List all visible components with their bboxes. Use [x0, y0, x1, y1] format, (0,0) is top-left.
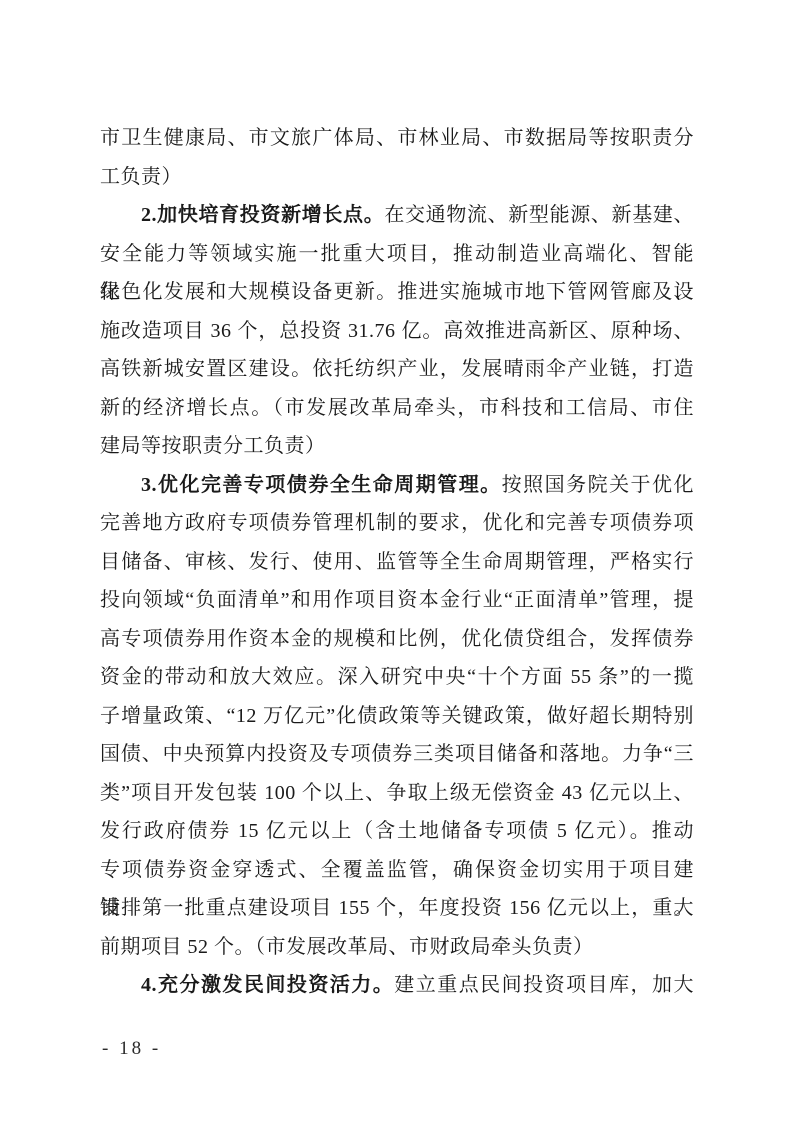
body-text-run: 子增量政策、“12 万亿元”化债政策等关键政策，做好超长期特别: [100, 705, 694, 727]
text-line: 资金的带动和放大效应。深入研究中央“十个方面 55 条”的一揽: [100, 658, 694, 697]
body-text-run: 完善地方政府专项债券管理机制的要求，优化和完善专项债券项: [100, 512, 694, 534]
body-text-run: 工负责）: [100, 166, 182, 188]
text-line: 工负责）: [100, 158, 694, 197]
text-line: 新的经济增长点。（市发展改革局牵头，市科技和工信局、市住: [100, 389, 694, 428]
text-line: 目储备、审核、发行、使用、监管等全生命周期管理，严格实行: [100, 543, 694, 582]
text-line: 高铁新城安置区建设。依托纺织产业，发展晴雨伞产业链，打造: [100, 350, 694, 389]
body-text-run: 前期项目 52 个。（市发展改革局、市财政局牵头负责）: [100, 936, 594, 958]
body-text-run: 建局等按职责分工负责）: [100, 435, 326, 457]
body-text-run: 在交通物流、新型能源、新基建、: [384, 204, 694, 226]
body-text-run: 绿色化发展和大规模设备更新。推进实施城市地下管网管廊及设: [100, 281, 694, 303]
text-line: 绿色化发展和大规模设备更新。推进实施城市地下管网管廊及设: [100, 273, 694, 312]
text-line: 2.加快培育投资新增长点。在交通物流、新型能源、新基建、: [100, 196, 694, 235]
text-line: 前期项目 52 个。（市发展改革局、市财政局牵头负责）: [100, 928, 694, 967]
text-line: 子增量政策、“12 万亿元”化债政策等关键政策，做好超长期特别: [100, 697, 694, 736]
text-line: 建局等按职责分工负责）: [100, 427, 694, 466]
body-text-run: 目储备、审核、发行、使用、监管等全生命周期管理，严格实行: [100, 551, 694, 573]
text-line: 市卫生健康局、市文旅广体局、市林业局、市数据局等按职责分: [100, 119, 694, 158]
body-text-run: 施改造项目 36 个，总投资 31.76 亿。高效推进高新区、原种场、: [100, 320, 694, 342]
heading-run: 3.优化完善专项债券全生命周期管理。: [141, 474, 502, 496]
heading-run: 2.加快培育投资新增长点。: [141, 204, 384, 226]
body-text-run: 发行政府债券 15 亿元以上（含土地储备专项债 5 亿元）。推动: [100, 820, 694, 842]
text-block: 市卫生健康局、市文旅广体局、市林业局、市数据局等按职责分工负责）2.加快培育投资…: [100, 119, 694, 1005]
text-line: 安全能力等领域实施一批重大项目，推动制造业高端化、智能化、: [100, 235, 694, 274]
heading-run: 4.充分激发民间投资活力。: [141, 974, 394, 996]
body-text-run: 市卫生健康局、市文旅广体局、市林业局、市数据局等按职责分: [100, 127, 694, 149]
text-line: 施改造项目 36 个，总投资 31.76 亿。高效推进高新区、原种场、: [100, 312, 694, 351]
body-text-run: 国债、中央预算内投资及专项债券三类项目储备和落地。力争“三: [100, 743, 694, 765]
text-line: 铺排第一批重点建设项目 155 个，年度投资 156 亿元以上，重大: [100, 889, 694, 928]
body-text-run: 类”项目开发包装 100 个以上、争取上级无偿资金 43 亿元以上、: [100, 782, 694, 804]
page-number: - 18 -: [102, 1036, 161, 1062]
body-text-run: 投向领域“负面清单”和用作项目资本金行业“正面清单”管理，提: [100, 589, 694, 611]
body-text-run: 新的经济增长点。（市发展改革局牵头，市科技和工信局、市住: [100, 397, 694, 419]
text-line: 4.充分激发民间投资活力。建立重点民间投资项目库，加大: [100, 966, 694, 1005]
document-page: 市卫生健康局、市文旅广体局、市林业局、市数据局等按职责分工负责）2.加快培育投资…: [0, 0, 793, 1122]
text-line: 专项债券资金穿透式、全覆盖监管，确保资金切实用于项目建设。: [100, 851, 694, 890]
text-line: 投向领域“负面清单”和用作项目资本金行业“正面清单”管理，提: [100, 581, 694, 620]
text-line: 高专项债券用作资本金的规模和比例，优化债贷组合，发挥债券: [100, 620, 694, 659]
text-line: 国债、中央预算内投资及专项债券三类项目储备和落地。力争“三: [100, 735, 694, 774]
text-line: 发行政府债券 15 亿元以上（含土地储备专项债 5 亿元）。推动: [100, 812, 694, 851]
text-line: 完善地方政府专项债券管理机制的要求，优化和完善专项债券项: [100, 504, 694, 543]
body-text-run: 资金的带动和放大效应。深入研究中央“十个方面 55 条”的一揽: [100, 666, 694, 688]
text-line: 3.优化完善专项债券全生命周期管理。按照国务院关于优化: [100, 466, 694, 505]
body-text-run: 建立重点民间投资项目库，加大: [394, 974, 694, 996]
text-line: 类”项目开发包装 100 个以上、争取上级无偿资金 43 亿元以上、: [100, 774, 694, 813]
body-text-run: 高铁新城安置区建设。依托纺织产业，发展晴雨伞产业链，打造: [100, 358, 694, 380]
body-text-run: 铺排第一批重点建设项目 155 个，年度投资 156 亿元以上，重大: [100, 897, 694, 919]
body-text-run: 高专项债券用作资本金的规模和比例，优化债贷组合，发挥债券: [100, 628, 694, 650]
body-text-run: 按照国务院关于优化: [502, 474, 694, 496]
